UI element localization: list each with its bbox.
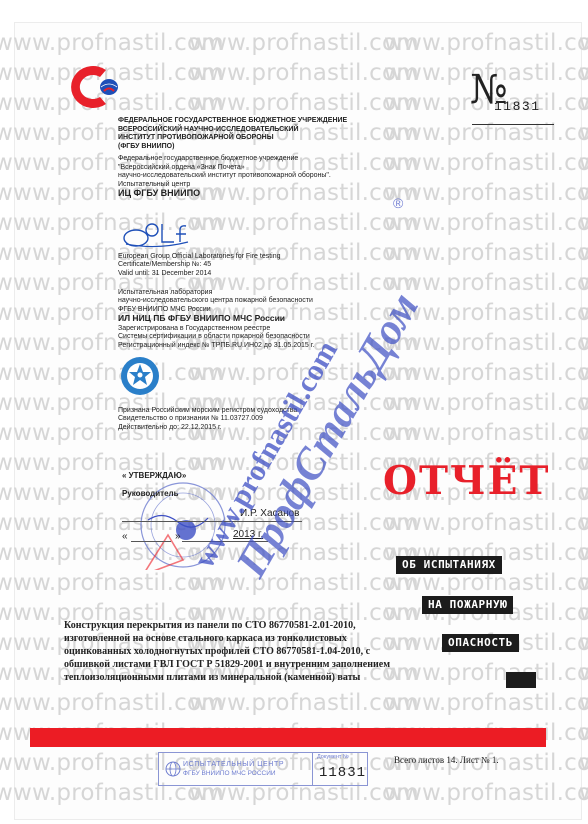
org-full-name: ФЕДЕРАЛЬНОЕ ГОСУДАРСТВЕННОЕ БЮДЖЕТНОЕ УЧ… (118, 117, 348, 151)
report-number: 11831 (494, 99, 541, 114)
diagonal-watermark: www.profnastil.com ПрофСтальДом (140, 240, 440, 580)
red-divider-bar (30, 728, 546, 747)
vniipo-logo-icon (62, 62, 122, 112)
stamp-line-1: ИСПЫТАТЕЛЬНЫЙ ЦЕНТР (183, 761, 284, 768)
stamp-line-2: ФГБУ ВНИИПО МЧС РОССИИ (183, 770, 276, 777)
org-line: ФЕДЕРАЛЬНОЕ ГОСУДАРСТВЕННОЕ БЮДЖЕТНОЕ УЧ… (118, 117, 348, 126)
org-sub-line: научно-исследовательский институт против… (118, 172, 358, 181)
org-testing-center: Федеральное государственное бюджетное уч… (118, 155, 358, 198)
stamp-org-cell: ИСПЫТАТЕЛЬНЫЙ ЦЕНТР ФГБУ ВНИИПО МЧС РОСС… (159, 753, 313, 785)
stamp-doc-label: Документ № (317, 754, 349, 760)
org-line: ИНСТИТУТ ПРОТИВОПОЖАРНОЙ ОБОРОНЫ (118, 134, 348, 143)
report-cover: ФЕДЕРАЛЬНОЕ ГОСУДАРСТВЕННОЕ БЮДЖЕТНОЕ УЧ… (0, 0, 588, 824)
title-band-blank (506, 672, 536, 688)
org-line: ВСЕРОССИЙСКИЙ НАУЧНО-ИССЛЕДОВАТЕЛЬСКИЙ (118, 126, 348, 135)
registered-mark: ® (393, 195, 409, 211)
document-stamp: ИСПЫТАТЕЛЬНЫЙ ЦЕНТР ФГБУ ВНИИПО МЧС РОСС… (158, 752, 368, 786)
sheet-count: Всего листов 14. Лист № 1. (394, 755, 499, 765)
stamp-doc-number: 11831 (319, 765, 366, 781)
title-band-tests: ОБ ИСПЫТАНИЯХ (396, 556, 502, 574)
title-band-fire: НА ПОЖАРНУЮ (422, 596, 513, 614)
org-sub-line: Федеральное государственное бюджетное уч… (118, 155, 358, 164)
construction-description: Конструкция перекрытия из панели по СТО … (64, 619, 404, 684)
svg-text:ПрофСтальДом: ПрофСтальДом (226, 284, 429, 580)
testing-center-name: ИЦ ФГБУ ВНИИПО (118, 189, 358, 198)
org-sub-line: "Всероссийский ордена «Знак Почета» (118, 164, 358, 173)
report-title: ОТЧЁТ (383, 459, 550, 503)
title-band-hazard: ОПАСНОСТЬ (442, 634, 519, 652)
globe-icon (165, 761, 181, 777)
number-underline (472, 124, 554, 125)
date-quote-open: « (122, 531, 128, 542)
org-line: (ФГБУ ВНИИПО) (118, 143, 348, 152)
